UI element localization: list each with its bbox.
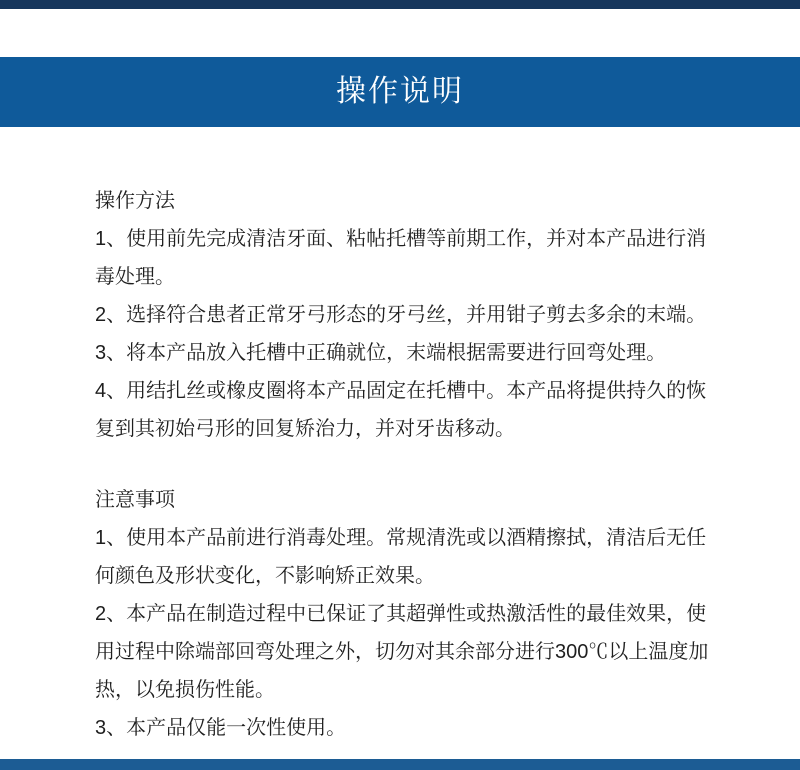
instruction-item: 2、选择符合患者正常牙弓形态的牙弓丝，并用钳子剪去多余的末端。: [95, 296, 711, 334]
title-banner: 操作说明: [0, 57, 800, 127]
instruction-item: 1、使用前先完成清洁牙面、粘帖托槽等前期工作，并对本产品进行消毒处理。: [95, 220, 711, 296]
section-heading-precautions: 注意事项: [95, 481, 711, 519]
precaution-item: 3、本产品仅能一次性使用。: [95, 709, 711, 747]
page-title: 操作说明: [336, 77, 464, 107]
bottom-accent-bar: [0, 759, 800, 770]
precaution-item: 1、使用本产品前进行消毒处理。常规清洗或以酒精擦拭，清洁后无任何颜色及形状变化，…: [95, 519, 711, 595]
document-body: 操作方法 1、使用前先完成清洁牙面、粘帖托槽等前期工作，并对本产品进行消毒处理。…: [95, 182, 711, 747]
instruction-item: 3、将本产品放入托槽中正确就位，末端根据需要进行回弯处理。: [95, 334, 711, 372]
precaution-item: 2、本产品在制造过程中已保证了其超弹性或热激活性的最佳效果，使用过程中除端部回弯…: [95, 595, 711, 709]
section-heading-operation-method: 操作方法: [95, 182, 711, 220]
instruction-item: 4、用结扎丝或橡皮圈将本产品固定在托槽中。本产品将提供持久的恢复到其初始弓形的回…: [95, 372, 711, 448]
top-accent-bar: [0, 0, 800, 9]
